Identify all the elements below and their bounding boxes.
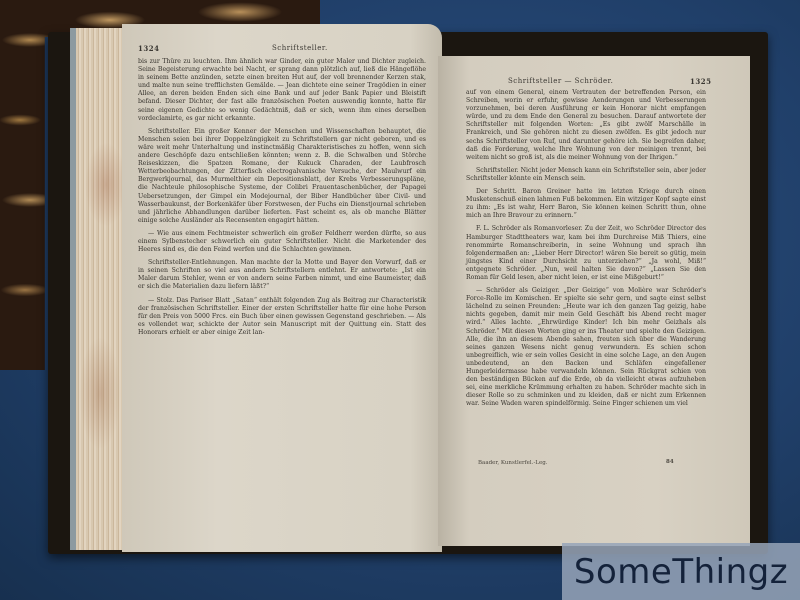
- paragraph: — Schröder als Geiziger. „Der Geizige“ v…: [466, 287, 706, 408]
- right-running-head: Schriftsteller — Schröder.: [508, 77, 613, 85]
- left-running-head: Schriftsteller.: [272, 44, 328, 52]
- footer-signature: Baader, Kunstlerfel.-Leg.: [478, 460, 547, 466]
- right-page-body: auf von einem General, einem Vertrauten …: [466, 89, 706, 413]
- paragraph: auf von einem General, einem Vertrauten …: [466, 89, 706, 162]
- right-page: Schriftsteller — Schröder. 1325 auf von …: [438, 56, 750, 546]
- right-page-number: 1325: [690, 77, 711, 86]
- paragraph: — Stolz. Das Pariser Blatt „Satan“ enthä…: [138, 297, 426, 337]
- watermark-text: SomeThingz: [574, 552, 788, 592]
- left-page: 1324 Schriftsteller. bis zur Thüre zu le…: [122, 24, 442, 552]
- footer-signature-number: 84: [666, 459, 674, 465]
- paragraph: F. L. Schröder als Romanvorleser. Zu der…: [466, 225, 706, 282]
- paragraph: Schriftsteller. Ein großer Kenner der Me…: [138, 128, 426, 225]
- paragraph: bis zur Thüre zu leuchten. Ihm ähnlich w…: [138, 58, 426, 123]
- paragraph: Der Schritt. Baron Greiner hatte im letz…: [466, 188, 706, 220]
- paragraph: — Wie aus einem Fechtmeister schwerlich …: [138, 230, 426, 254]
- paragraph: Schriftsteller. Nicht jeder Mensch kann …: [466, 167, 706, 183]
- paragraph: Schriftsteller-Entlehnungen. Man machte …: [138, 259, 426, 291]
- left-page-body: bis zur Thüre zu leuchten. Ihm ähnlich w…: [138, 58, 426, 342]
- watermark-badge: SomeThingz: [562, 543, 800, 600]
- left-page-number: 1324: [138, 44, 159, 53]
